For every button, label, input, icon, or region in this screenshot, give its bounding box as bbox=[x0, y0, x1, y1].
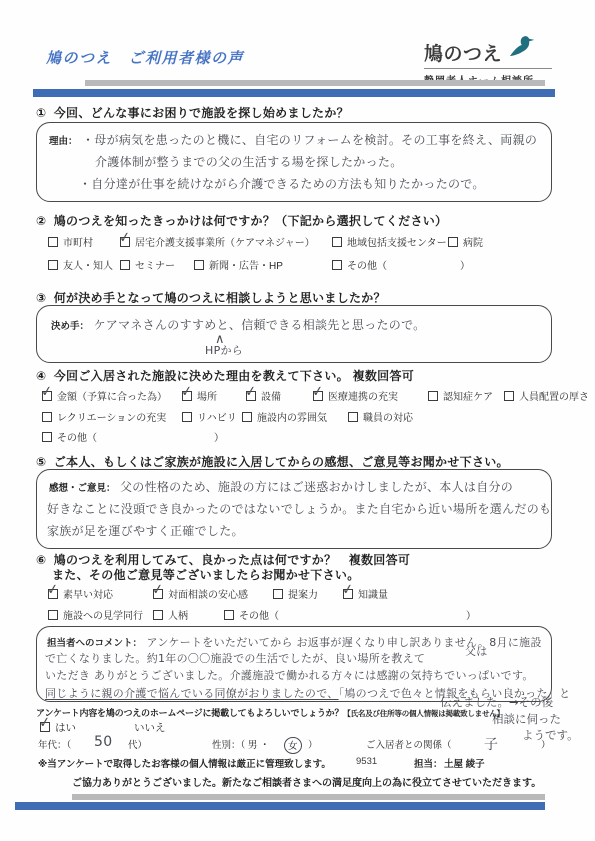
handwritten-reason-line3: ・自分達が仕事を続けながら介護できるための方法も知りたかったので。 bbox=[79, 175, 485, 192]
checkbox-option-staff-response: 職員の対応 bbox=[348, 409, 413, 424]
age-suffix: 代） bbox=[128, 737, 147, 751]
question-2-number: ② bbox=[36, 214, 46, 228]
checkbox-option-yes: はい bbox=[40, 720, 76, 735]
handwritten-relation: 子 bbox=[484, 734, 498, 754]
logo-text: 鳩のつえ bbox=[424, 39, 502, 66]
answer-box-reason: 理由： ・母が病気を患ったのと機に、自宅のリフォームを検討。その工事を終え、両親… bbox=[36, 122, 552, 202]
privacy-row: ※当アンケートで取得したお客様の個人情報は厳正に管理致します。 9531 担当：… bbox=[36, 756, 576, 772]
handwritten-impressions-line2: 好きなことに没頭でき良かったのではないでしょうか。また自宅から近い場所を選んだの… bbox=[47, 500, 551, 517]
checkbox-unchecked bbox=[428, 391, 438, 401]
checkbox-unchecked bbox=[182, 412, 192, 422]
checkbox-label: 地域包括支援センター bbox=[347, 238, 447, 249]
handwritten-age: 50 bbox=[94, 734, 112, 750]
checkbox-unchecked bbox=[242, 412, 252, 422]
question-5-number: ⑤ bbox=[36, 455, 46, 469]
checkbox-unchecked bbox=[42, 412, 52, 422]
question-6-subtitle: また、その他ご意見等ございましたらお聞かせ下さい。 bbox=[52, 566, 582, 583]
hp-permission-question: アンケート内容を鳩のつえのホームページに掲載してもよろしいでしょうか？【氏名及び… bbox=[36, 706, 504, 719]
handwritten-reason-line1: ・母が病気を患ったのと機に、自宅のリフォームを検討。その工事を終え、両親の bbox=[82, 133, 537, 147]
checkbox-option-proposal: 提案力 bbox=[273, 586, 318, 601]
checkbox-label: その他（ bbox=[239, 611, 279, 622]
checkbox-checked bbox=[42, 391, 52, 401]
question-1-number: ① bbox=[36, 106, 46, 120]
answer-box-staff-comment: 担当者へのコメント： アンケートをいただいてから お返事が遅くなり申し訳ありませ… bbox=[36, 626, 552, 702]
checkbox-unchecked bbox=[448, 237, 458, 247]
logo-divider bbox=[424, 68, 552, 69]
question-5-title: ⑤ ご本人、もしくはご家族が施設に入居してからの感想、ご意見等お聞かせ下さい。 bbox=[36, 453, 566, 470]
age-label: 年代：（ bbox=[38, 737, 71, 751]
pigeon-icon bbox=[506, 34, 536, 64]
checkbox-label: 金額（予算に合った為） bbox=[57, 392, 167, 403]
checkbox-unchecked bbox=[48, 260, 58, 270]
checkbox-option-tour-accompany: 施設への見学同行 bbox=[48, 607, 143, 622]
question-2-title: ② 鳩のつえを知ったきっかけは何ですか？（下記から選択してください） bbox=[36, 212, 566, 229]
checkbox-checked bbox=[343, 589, 353, 599]
relation-label: ご入居者との関係（ bbox=[366, 737, 452, 751]
checkbox-label: はい bbox=[55, 722, 76, 734]
checkbox-checked bbox=[182, 391, 192, 401]
close-paren: ） bbox=[214, 429, 224, 444]
checkbox-unchecked bbox=[42, 432, 52, 442]
checkbox-label: 新聞・広告・HP bbox=[209, 261, 283, 272]
checkbox-label: 居宅介護支援事業所（ケアマネジャー） bbox=[135, 238, 315, 249]
checkbox-label: 市町村 bbox=[63, 238, 93, 249]
handwritten-insertion-hp: HPから bbox=[205, 342, 243, 358]
thanks-row: ご協力ありがとうございました。新たなご相談者さまへの満足度向上の為に役立てさせて… bbox=[36, 774, 576, 790]
thanks-message: ご協力ありがとうございました。新たなご相談者さまへの満足度向上の為に役立てさせて… bbox=[72, 774, 541, 789]
q6-options-row1: 素早い対応 対面相談の安心感 提案力 知識量 bbox=[36, 586, 576, 602]
checkbox-unchecked bbox=[273, 589, 283, 599]
checkbox-option-recreation: レクリエーションの充実 bbox=[42, 409, 166, 424]
privacy-note: ※当アンケートで取得したお客様の個人情報は厳正に管理致します。 bbox=[38, 756, 331, 770]
checkbox-unchecked bbox=[224, 610, 234, 620]
checkbox-option-caremanager: 居宅介護支援事業所（ケアマネジャー） bbox=[120, 234, 315, 249]
checkbox-unchecked bbox=[48, 610, 58, 620]
close-paren: ） bbox=[460, 257, 470, 272]
respondent-profile-row: 年代：（ 50 代） 性別：（ 男 ・ 女 ） ご入居者との関係（ 子 ） bbox=[36, 737, 576, 755]
staff-comment-label: 担当者へのコメント： bbox=[47, 638, 142, 649]
checkbox-label: 知識量 bbox=[358, 590, 388, 601]
checkbox-unchecked bbox=[332, 260, 342, 270]
form-code: 9531 bbox=[356, 756, 377, 767]
header-gray-bar bbox=[85, 80, 545, 86]
checkbox-unchecked bbox=[348, 412, 358, 422]
checkbox-checked bbox=[246, 391, 256, 401]
checkbox-label: 医療連携の充実 bbox=[328, 392, 398, 403]
q2-options-row1: 市町村 居宅介護支援事業所（ケアマネジャー） 地域包括支援センター 病院 bbox=[36, 234, 576, 250]
checkbox-label: 対面相談の安心感 bbox=[168, 590, 248, 601]
checkbox-label: 設備 bbox=[261, 392, 281, 403]
checkbox-label: 施設内の雰囲気 bbox=[257, 413, 327, 424]
answer-box-deciding-factor: 決め手： ケアマネさんのすすめと、信頼できる相談先と思ったので。 ∧ HPから bbox=[36, 305, 552, 363]
checkbox-label: 施設への見学同行 bbox=[63, 611, 143, 622]
q4-options-row3: その他（ ） bbox=[36, 429, 576, 445]
reason-label: 理由： bbox=[49, 136, 78, 147]
checkbox-checked bbox=[313, 391, 323, 401]
handwritten-comment-line2: で亡くなりました。約1年の〇〇施設での生活でしたが、良い場所を教えて bbox=[45, 650, 425, 666]
handwritten-insertion-father: 父は bbox=[465, 643, 488, 659]
checkbox-label: 認知症ケア bbox=[443, 392, 493, 403]
question-1-title: ① 今回、どんな事にお困りで施設を探し始めましたか？ bbox=[36, 104, 566, 121]
checkbox-checked bbox=[48, 589, 58, 599]
q6-options-row2: 施設への見学同行 人柄 その他（ ） bbox=[36, 607, 576, 623]
gender-female-circled: 女 bbox=[284, 737, 302, 754]
question-3-number: ③ bbox=[36, 291, 46, 305]
checkbox-option-other: その他（ bbox=[332, 257, 387, 272]
checkbox-label: その他（ bbox=[57, 433, 97, 444]
staff-name: 土屋 綾子 bbox=[444, 756, 485, 770]
checkbox-option-quick-response: 素早い対応 bbox=[48, 586, 113, 601]
option-no: いいえ bbox=[134, 720, 166, 735]
close-paren: ） bbox=[466, 607, 476, 622]
checkbox-option-medical: 医療連携の充実 bbox=[313, 388, 398, 403]
checkbox-option-price: 金額（予算に合った為） bbox=[42, 388, 167, 403]
checkbox-option-facilities: 設備 bbox=[246, 388, 281, 403]
checkbox-unchecked bbox=[194, 260, 204, 270]
checkbox-option-dementia-care: 認知症ケア bbox=[428, 388, 493, 403]
checkbox-unchecked bbox=[504, 391, 514, 401]
checkbox-label: セミナー bbox=[135, 261, 175, 272]
answer-box-impressions: 感想・ご意見： 父の性格のため、施設の方にはご迷惑おかけしましたが、本人は自分の… bbox=[36, 469, 552, 549]
checkbox-unchecked bbox=[153, 610, 163, 620]
checkbox-option-knowledge: 知識量 bbox=[343, 586, 388, 601]
checkbox-checked bbox=[153, 589, 163, 599]
q2-options-row2: 友人・知人 セミナー 新聞・広告・HP その他（ ） bbox=[36, 257, 576, 273]
checkbox-option-newspaper-hp: 新聞・広告・HP bbox=[194, 257, 283, 272]
checkbox-label: 素早い対応 bbox=[63, 590, 113, 601]
checkbox-option-rehab: リハビリ bbox=[182, 409, 237, 424]
factor-label: 決め手： bbox=[51, 321, 89, 332]
checkbox-label: 提案力 bbox=[288, 590, 318, 601]
question-3-title: ③ 何が決め手となって鳩のつえに相談しようと思いましたか？ bbox=[36, 289, 566, 306]
checkbox-option-personality: 人柄 bbox=[153, 607, 188, 622]
handwritten-impressions-line1: 父の性格のため、施設の方にはご迷惑おかけしましたが、本人は自分の bbox=[120, 480, 513, 494]
checkbox-label: リハビリ bbox=[197, 413, 237, 424]
page-title: 鳩のつえ ご利用者様の声 bbox=[46, 47, 244, 68]
question-4-number: ④ bbox=[36, 369, 46, 383]
checkbox-label: 職員の対応 bbox=[363, 413, 413, 424]
checkbox-checked bbox=[40, 722, 50, 732]
checkbox-option-hospital: 病院 bbox=[448, 234, 483, 249]
relation-suffix: ） bbox=[541, 737, 551, 751]
handwritten-factor: ケアマネさんのすすめと、信頼できる相談先と思ったので。 bbox=[93, 318, 425, 332]
gender-suffix: ） bbox=[308, 737, 318, 751]
q4-options-row2: レクリエーションの充実 リハビリ 施設内の雰囲気 職員の対応 bbox=[36, 409, 576, 425]
gender-label: 性別：（ 男 ・ bbox=[212, 737, 270, 751]
footer-blue-bar bbox=[15, 802, 545, 810]
checkbox-unchecked bbox=[332, 237, 342, 247]
checkbox-option-seminar: セミナー bbox=[120, 257, 175, 272]
impressions-label: 感想・ご意見： bbox=[49, 483, 116, 494]
checkbox-label: 場所 bbox=[197, 392, 217, 403]
staff-label: 担当： bbox=[414, 756, 443, 770]
question-6-number: ⑥ bbox=[36, 553, 46, 567]
checkbox-option-city: 市町村 bbox=[48, 234, 93, 249]
handwritten-comment-line4-underlined: 同じように親の介護で悩んでいる同僚がおりましたので、 bbox=[45, 687, 339, 700]
checkbox-checked bbox=[120, 237, 130, 247]
checkbox-label: その他（ bbox=[347, 261, 387, 272]
q4-options-row1: 金額（予算に合った為） 場所 設備 医療連携の充実 認知症ケア 人員配置の厚さ bbox=[36, 388, 576, 404]
checkbox-label: 友人・知人 bbox=[63, 261, 113, 272]
handwritten-impressions-line3: 家族が足を運びやすく正確でした。 bbox=[47, 522, 244, 539]
checkbox-option-atmosphere: 施設内の雰囲気 bbox=[242, 409, 327, 424]
checkbox-option-other: その他（ bbox=[224, 607, 279, 622]
scanned-survey-page: 鳩のつえ ご利用者様の声 鳩のつえ 静岡老人ホーム相談所 ① 今回、どんな事にお… bbox=[0, 0, 595, 841]
checkbox-option-staffing: 人員配置の厚さ bbox=[504, 388, 589, 403]
handwritten-reason-line2: 介護体制が整うまでの父の生活する場を探したかった。 bbox=[95, 153, 403, 170]
checkbox-unchecked bbox=[48, 237, 58, 247]
footer-gray-bar bbox=[72, 794, 545, 800]
checkbox-option-other: その他（ bbox=[42, 429, 97, 444]
question-4-title: ④ 今回ご入居された施設に決めた理由を教えて下さい。 複数回答可 bbox=[36, 367, 566, 384]
header-blue-bar bbox=[33, 89, 555, 97]
checkbox-unchecked bbox=[120, 260, 130, 270]
checkbox-label: 人柄 bbox=[168, 611, 188, 622]
checkbox-label: 人員配置の厚さ bbox=[519, 392, 589, 403]
checkbox-option-community-center: 地域包括支援センター bbox=[332, 234, 447, 249]
permission-bracket-note: 【氏名及び住所等の個人情報は掲載致しません】 bbox=[343, 709, 504, 718]
checkbox-option-location: 場所 bbox=[182, 388, 217, 403]
checkbox-label: 病院 bbox=[463, 238, 483, 249]
handwritten-comment-line3: いただき ありがとうございました。介護施設で働かれる方々には感謝の気持ちでいっぱ… bbox=[45, 667, 534, 683]
checkbox-option-friend: 友人・知人 bbox=[48, 257, 113, 272]
checkbox-label: レクリエーションの充実 bbox=[57, 413, 166, 424]
checkbox-option-face-to-face: 対面相談の安心感 bbox=[153, 586, 248, 601]
